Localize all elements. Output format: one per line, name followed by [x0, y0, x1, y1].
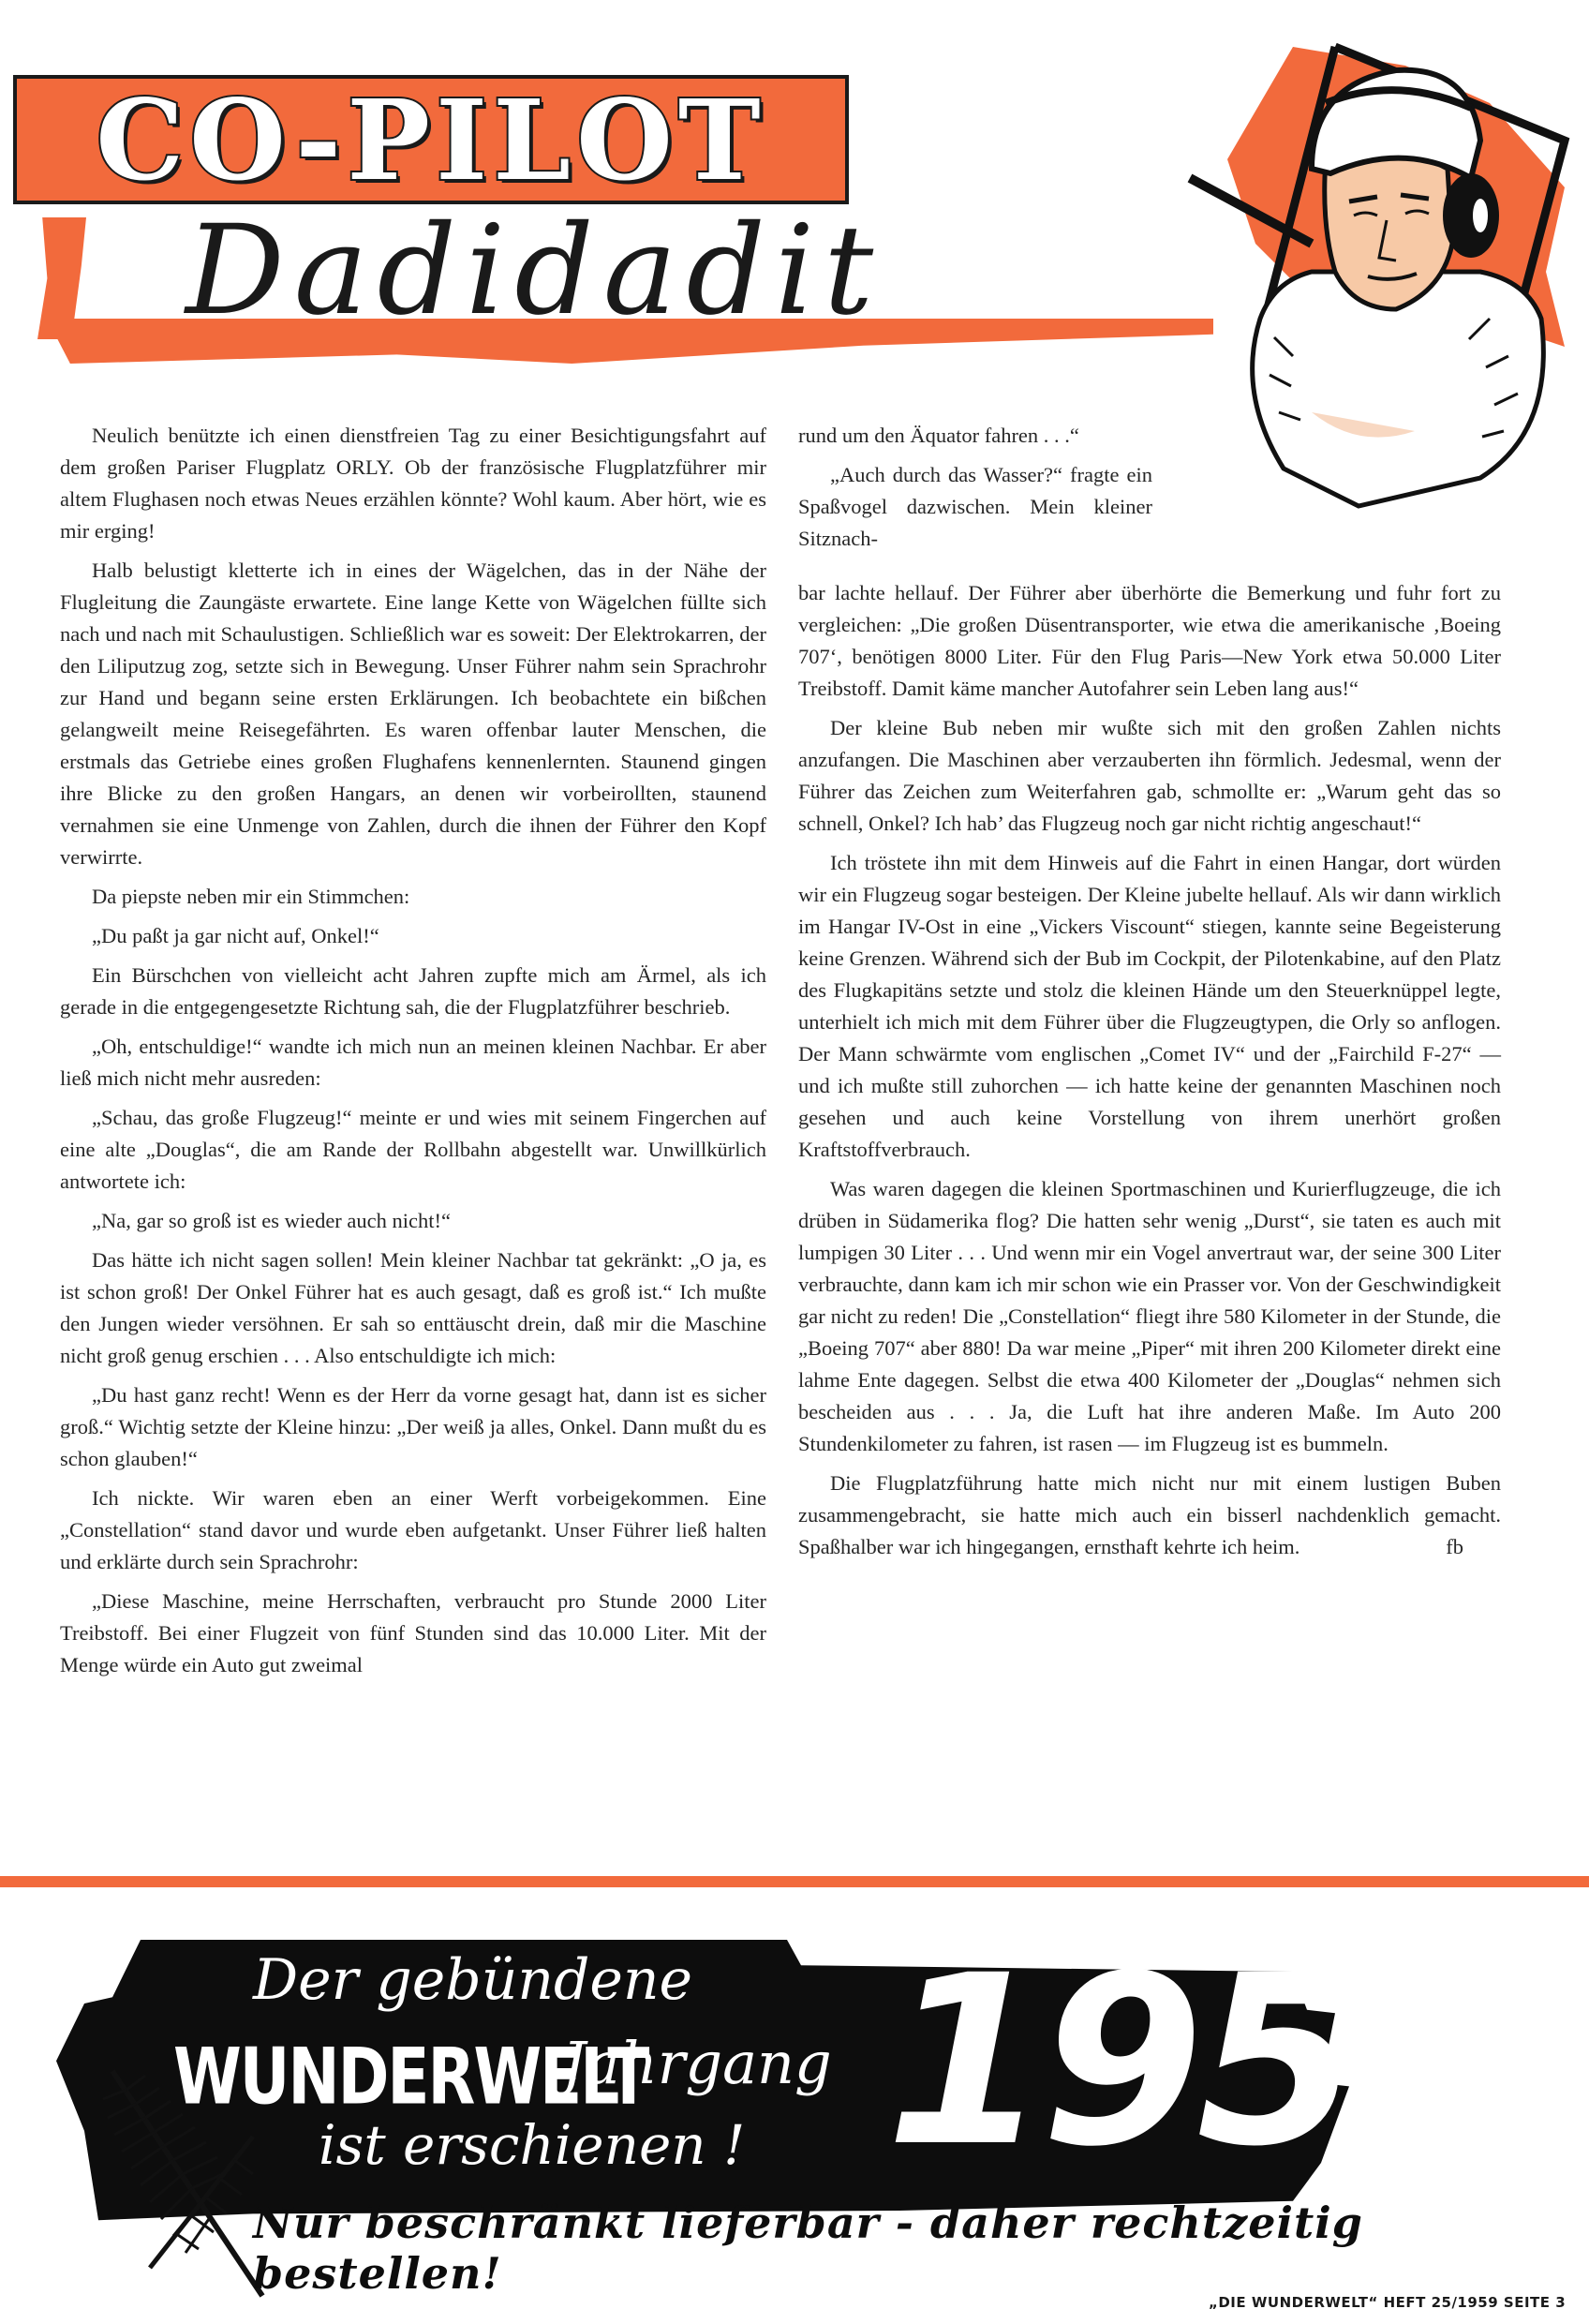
page-footer: „DIE WUNDERWELT“ HEFT 25/1959 SEITE 3 [1209, 2294, 1566, 2311]
paragraph: Was waren dagegen die kleinen Sportmasch… [798, 1173, 1501, 1460]
paragraph: „Schau, das große Flugzeug!“ meinte er u… [60, 1102, 766, 1198]
article-column-left: Neulich benützte ich einen dienstfreien … [60, 420, 766, 1689]
ad-published-text: ist erschienen ! [319, 2113, 745, 2177]
paragraph: Da piepste neben mir ein Stimmchen: [60, 881, 766, 913]
paragraph: „Auch durch das Wasser?“ fragte ein Spaß… [798, 459, 1152, 555]
paragraph: Der kleine Bub neben mir wußte sich mit … [798, 712, 1501, 840]
page-title: CO-PILOT [17, 81, 845, 201]
paragraph: „Na, gar so groß ist es wieder auch nich… [60, 1205, 766, 1237]
paragraph: Ein Bürschchen von vielleicht acht Jahre… [60, 960, 766, 1023]
paragraph: bar lachte hellauf. Der Führer aber über… [798, 577, 1501, 705]
article-column-right: bar lachte hellauf. Der Führer aber über… [798, 577, 1501, 1571]
paragraph: Ich nickte. Wir waren eben an einer Werf… [60, 1482, 766, 1578]
paragraph: Das hätte ich nicht sagen sollen! Mein k… [60, 1244, 766, 1372]
pilot-illustration-icon [1171, 37, 1589, 525]
paragraph: Halb belustigt kletterte ich in eines de… [60, 555, 766, 873]
ad-jahrgang-label: Jahrgang [562, 2029, 832, 2097]
paragraph: Ich tröstete ihn mit dem Hinweis auf die… [798, 847, 1501, 1166]
paragraph: „Oh, entschuldige!“ wandte ich mich nun … [60, 1031, 766, 1095]
ad-year: 1959 [885, 1935, 1507, 2188]
page-subtitle: Dadidadit [186, 201, 883, 341]
paragraph: „Du paßt ja gar nicht auf, Onkel!“ [60, 920, 766, 952]
title-banner: CO-PILOT [13, 75, 849, 204]
paragraph: Neulich benützte ich einen dienstfreien … [60, 420, 766, 547]
ad-order-notice: Nur beschränkt lieferbar - daher rechtze… [253, 2197, 1589, 2299]
paragraph: „Du hast ganz recht! Wenn es der Herr da… [60, 1379, 766, 1475]
paragraph: rund um den Äquator fahren . . .“ [798, 420, 1152, 452]
paragraph: „Diese Maschine, meine Herrschaften, ver… [60, 1586, 766, 1681]
paragraph-text: Die Flugplatzführung hatte mich nicht nu… [798, 1471, 1501, 1558]
author-signature: fb [1414, 1531, 1463, 1563]
orange-divider [0, 1876, 1589, 1887]
article-column-right-narrow: rund um den Äquator fahren . . .“ „Auch … [798, 420, 1152, 562]
ad-headline-script: Der gebündene [253, 1947, 692, 2013]
paragraph: Die Flugplatzführung hatte mich nicht nu… [798, 1467, 1501, 1563]
